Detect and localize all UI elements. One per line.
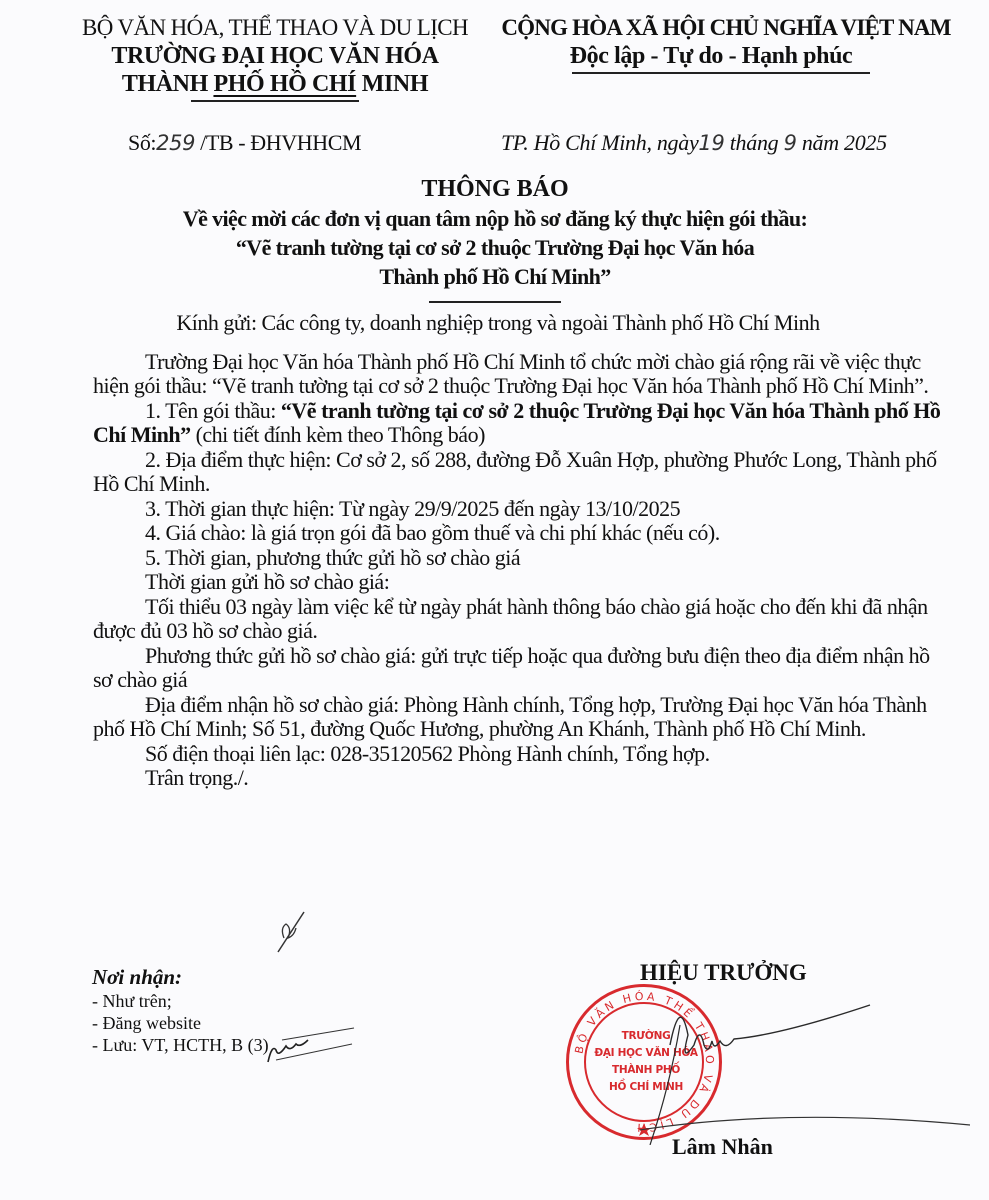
- submission-time-text: Tối thiểu 03 ngày làm việc kể từ ngày ph…: [93, 595, 943, 644]
- ministry-name: BỘ VĂN HÓA, THỂ THAO VÀ DU LỊCH: [40, 14, 510, 42]
- national-title-block: CỘNG HÒA XÃ HỘI CHỦ NGHĨA VIỆT NAM Độc l…: [486, 14, 966, 74]
- signatory-name: Lâm Nhân: [672, 1134, 773, 1160]
- recipients-heading: Nơi nhận:: [92, 964, 269, 990]
- item-duration: 3. Thời gian thực hiện: Từ ngày 29/9/202…: [93, 497, 943, 522]
- country-name: CỘNG HÒA XÃ HỘI CHỦ NGHĨA VIỆT NAM: [486, 14, 966, 42]
- notice-subject-line2: “Vẽ tranh tường tại cơ sở 2 thuộc Trường…: [60, 233, 930, 262]
- school-name-line1: TRƯỜNG ĐẠI HỌC VĂN HÓA: [40, 42, 510, 70]
- notice-heading: THÔNG BÁO: [60, 174, 930, 204]
- signatory-title: HIỆU TRƯỞNG: [640, 960, 807, 986]
- submission-time-label: Thời gian gửi hồ sơ chào giá:: [93, 570, 943, 595]
- document-number: Số:259 /TB - ĐHVHHCM: [128, 130, 361, 156]
- signature-icon: [640, 985, 980, 1145]
- item-submission: 5. Thời gian, phương thức gửi hồ sơ chào…: [93, 546, 943, 571]
- item-package-name: 1. Tên gói thầu: “Vẽ tranh tường tại cơ …: [93, 399, 943, 448]
- recipient-item: - Đăng website: [92, 1012, 269, 1034]
- recipients-block: Nơi nhận: - Như trên; - Đăng website - L…: [92, 964, 269, 1056]
- closing: Trân trọng./.: [93, 766, 943, 791]
- intro-paragraph: Trường Đại học Văn hóa Thành phố Hồ Chí …: [93, 350, 943, 399]
- clerk-initial-icon: [262, 1026, 362, 1066]
- submission-method: Phương thức gửi hồ sơ chào giá: gửi trực…: [93, 644, 943, 693]
- document-date: TP. Hồ Chí Minh, ngày19 tháng 9 năm 2025: [501, 130, 887, 156]
- handwritten-number: 259: [156, 131, 195, 155]
- handwritten-day: 19: [698, 131, 724, 155]
- notice-subject-line3: Thành phố Hồ Chí Minh”: [60, 262, 930, 291]
- submission-place: Địa điểm nhận hồ sơ chào giá: Phòng Hành…: [93, 693, 943, 742]
- handwritten-month: 9: [784, 131, 797, 155]
- issuing-agency-block: BỘ VĂN HÓA, THỂ THAO VÀ DU LỊCH TRƯỜNG Đ…: [40, 14, 510, 102]
- national-motto: Độc lập - Tự do - Hạnh phúc: [456, 42, 966, 70]
- greeting: Kính gửi: Các công ty, doanh nghiệp tron…: [53, 311, 943, 336]
- school-name-line2: THÀNH PHỐ HỒ CHÍ MINH: [40, 70, 510, 98]
- notice-subject-line1: Về việc mời các đơn vị quan tâm nộp hồ s…: [60, 204, 930, 233]
- notice-body: Kính gửi: Các công ty, doanh nghiệp tron…: [93, 311, 943, 791]
- recipient-item: - Như trên;: [92, 990, 269, 1012]
- notice-title-block: THÔNG BÁO Về việc mời các đơn vị quan tâ…: [60, 174, 930, 303]
- item-location: 2. Địa điểm thực hiện: Cơ sở 2, số 288, …: [93, 448, 943, 497]
- contact-phone: Số điện thoại liên lạc: 028-35120562 Phò…: [93, 742, 943, 767]
- header-rule-left: [191, 100, 359, 102]
- header-rule-right: [572, 72, 870, 74]
- item-price: 4. Giá chào: là giá trọn gói đã bao gồm …: [93, 521, 943, 546]
- title-rule: [429, 301, 561, 303]
- recipient-item: - Lưu: VT, HCTH, B (3): [92, 1034, 269, 1056]
- initial-mark-icon: [270, 908, 310, 956]
